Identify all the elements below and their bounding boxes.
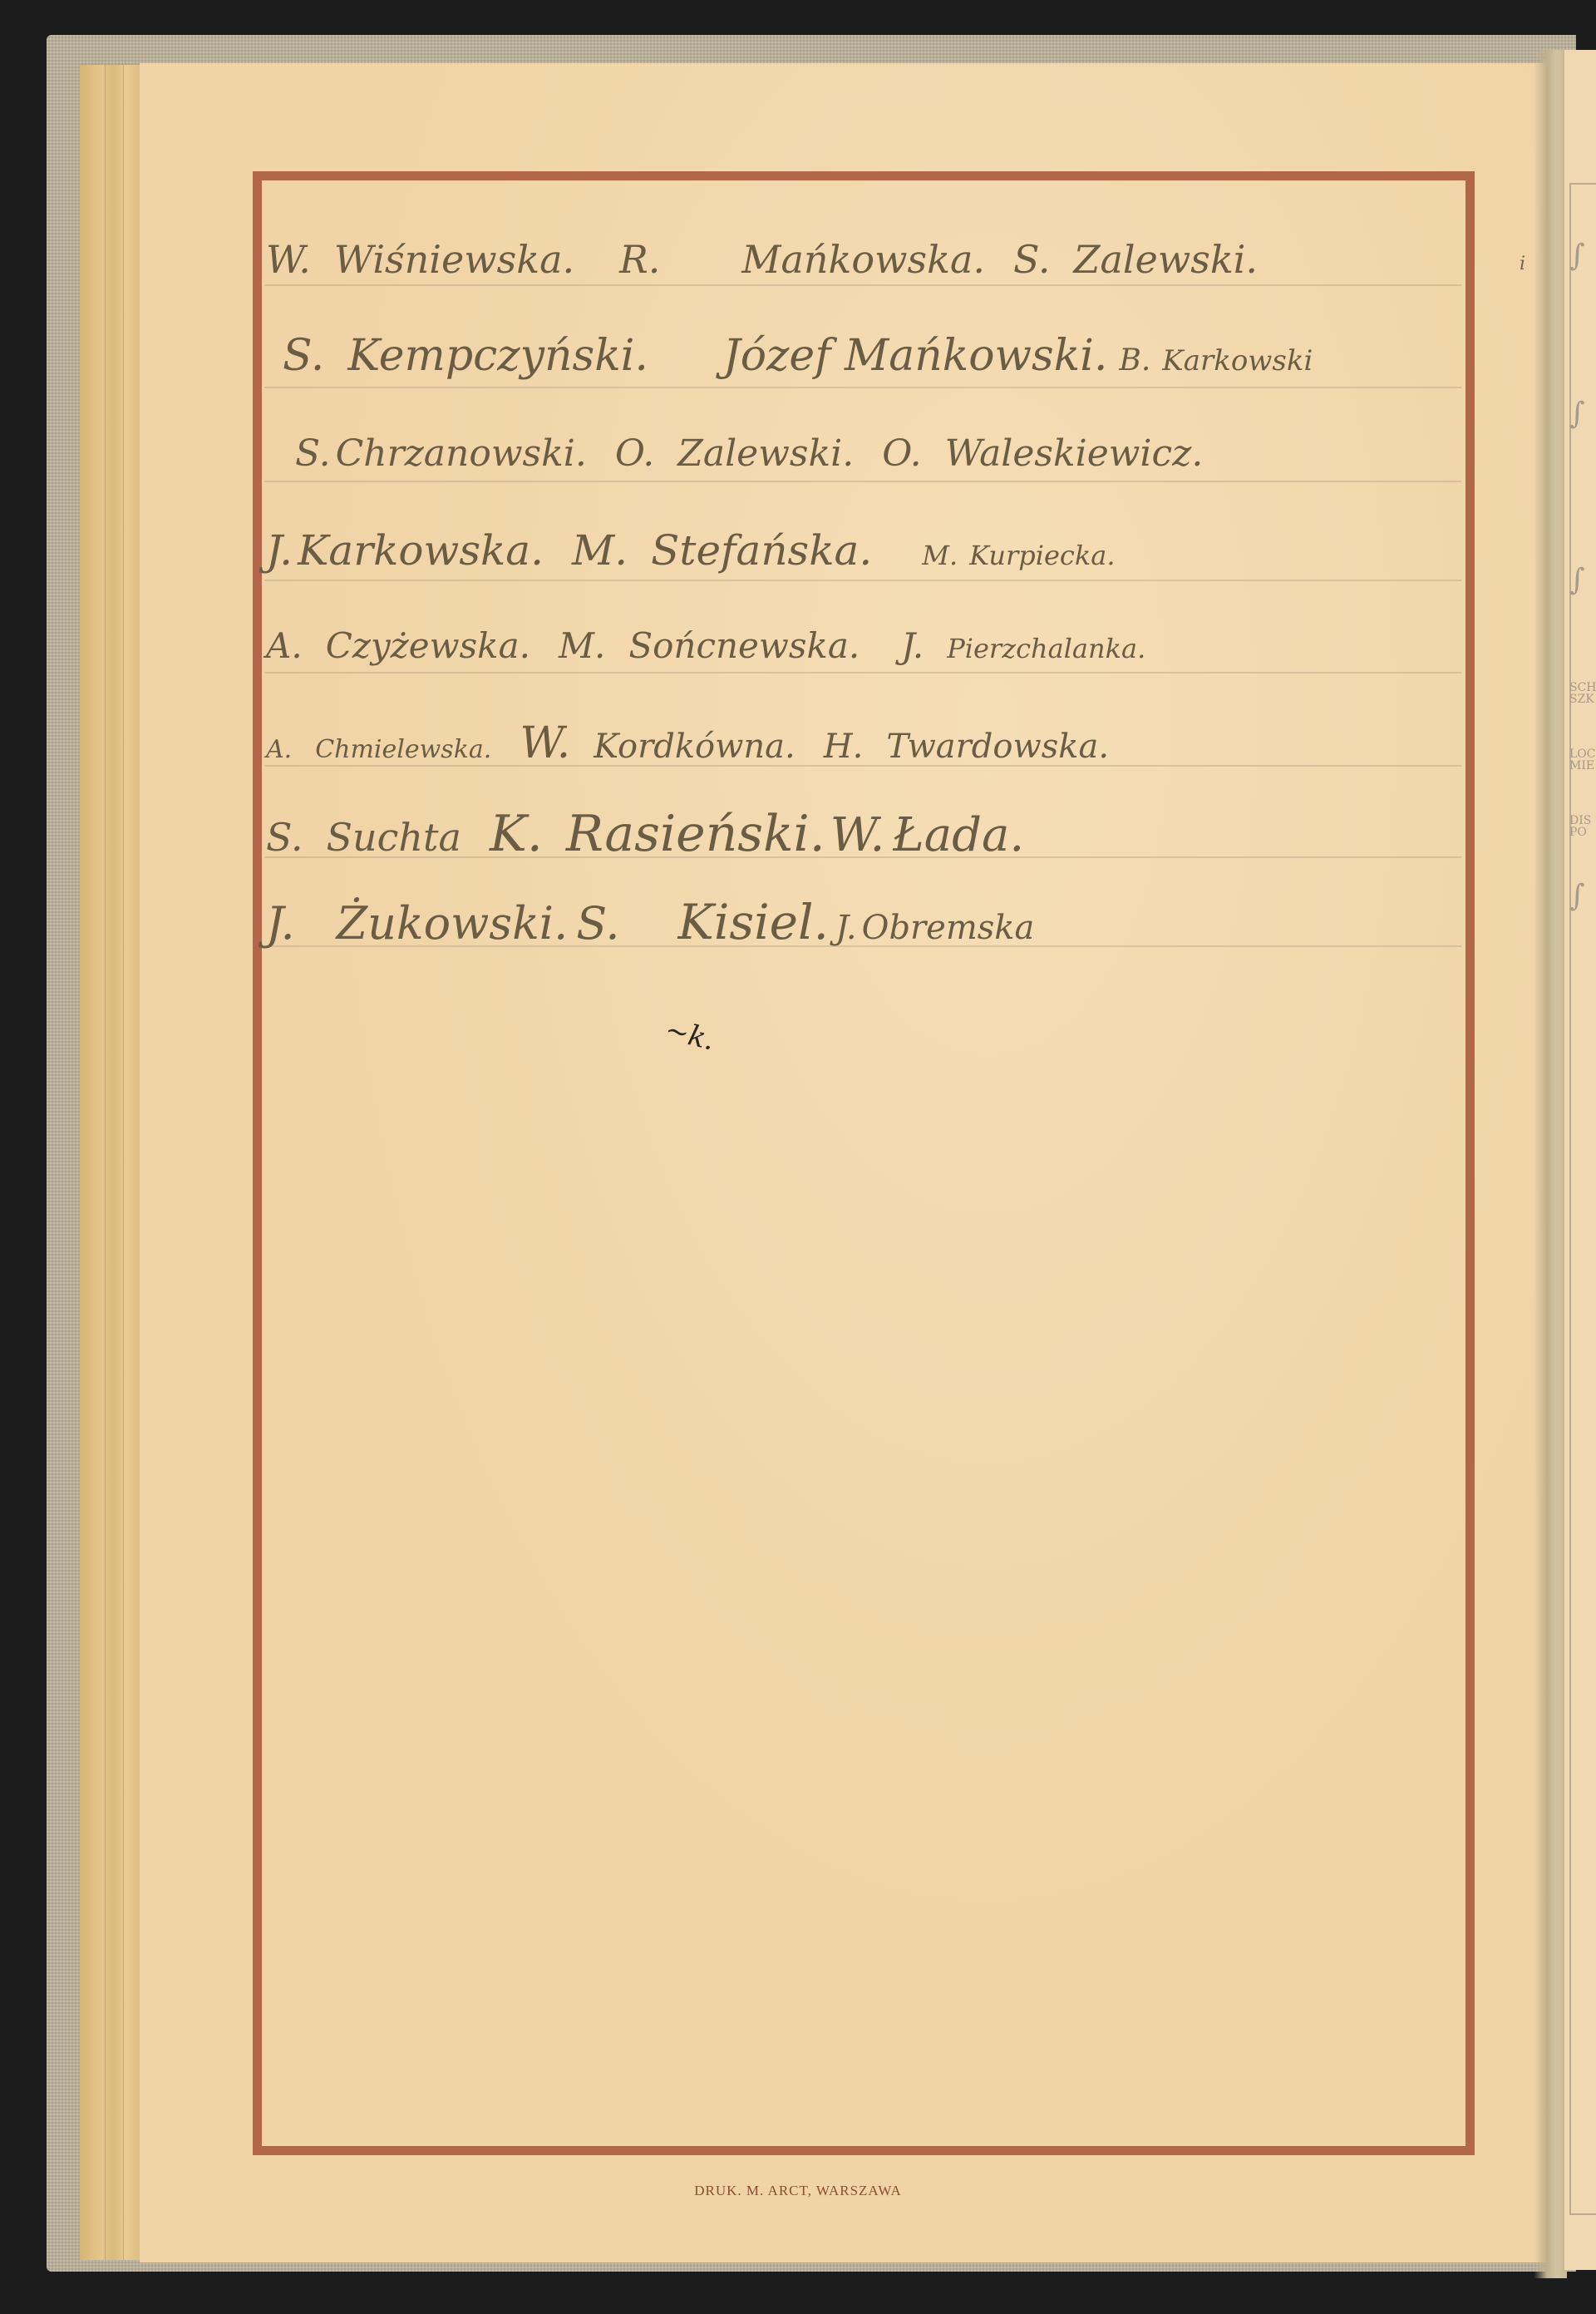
surname: Chmielewska. [315,735,491,764]
surname: Kurpiecka. [969,540,1115,571]
surname: Czyżewska. [326,625,530,666]
surname: Twardowska. [886,728,1109,766]
initial: J. [901,625,924,666]
surname: Suchta [327,815,461,860]
gutter-shadow [1534,50,1567,2278]
margin-mark: i [1520,254,1525,274]
surname: Kisiel. [677,894,829,950]
ruled-line [264,284,1461,286]
initial: J. [266,897,295,950]
initial: H. [824,728,864,766]
initial: R. [619,237,660,282]
surname: Karkowski [1162,344,1313,377]
initial: B. [1119,343,1150,377]
printer-imprint: DRUK. M. ARCT, WARSZAWA [0,2183,1596,2199]
initial: M. [559,625,605,666]
ruled-line [264,387,1461,388]
initial: W. [520,718,570,768]
initial: J. [835,909,857,947]
initial: O. [882,432,921,475]
initial: K. [490,805,543,863]
surname: Zalewski. [677,432,854,475]
surname: Łada. [893,808,1024,862]
ruled-line [264,672,1461,673]
initial: S. [576,897,619,950]
ornament-glyph: ∫ [1569,881,1596,911]
surname: Sońcnewska. [628,625,860,666]
ornament-glyph: ∫ [1569,241,1596,271]
facing-page-frame [1569,183,1596,2215]
surname: Rasieński. [566,805,825,863]
name-row: S. Chrzanowski. O. Zalewski. O. Waleskie… [295,432,1500,475]
initial: S. [1013,237,1051,282]
name-row: A. Chmielewska. W. Kordkówna. H. Twardow… [266,718,1471,768]
surname: Zalewski. [1074,237,1259,282]
facing-label: LOC MIE [1569,748,1596,772]
facing-page: ∫ ∫ ∫ SCH SZK LOC MIE DIS PO ∫ [1563,50,1596,2270]
surname: Stefańska. [651,526,872,575]
initial: S. [295,432,331,475]
surname: Żukowski. [337,897,569,950]
initial: S. [266,815,303,860]
initial: M. [922,540,958,571]
name-row: S. Suchta K. Rasieński. W. Łada. [266,805,1471,863]
ruled-line [264,481,1461,482]
name-row: A. Czyżewska. M. Sońcnewska. J. Pierzcha… [266,625,1471,666]
surname: Kordkówna. [594,728,796,766]
surname: Pierzchalanka. [947,633,1145,664]
surname: Karkowska. [298,526,544,575]
surname: Chrzanowski. [336,432,587,475]
initial: A. [266,625,303,666]
initial: S. [283,331,324,381]
surname: Józef Mańkowski. [723,331,1108,381]
surname: Waleskiewicz. [945,432,1204,475]
name-row: J. Żukowski. S. Kisiel. J. Obremska [266,894,1471,950]
initial: J. [266,526,293,575]
name-row: S. Kempczyński. Józef Mańkowski. B. Kark… [283,331,1488,381]
name-row: W. Wiśniewska. R. Mańkowska. S. Zalewski… [266,237,1471,282]
initial: M. [572,526,628,575]
ruled-line [264,580,1461,581]
initial: W. [830,808,885,862]
facing-label: DIS PO [1569,815,1596,838]
surname: Mańkowska. [741,237,985,282]
surname: Wiśniewska. [334,237,574,282]
ornament-glyph: ∫ [1569,565,1596,595]
surname: Obremska [862,909,1035,947]
page-edges [80,65,142,2260]
initial: O. [615,432,654,475]
initial: W. [266,237,311,282]
ornament-glyph: ∫ [1569,399,1596,429]
surname: Kempczyński. [347,331,648,381]
initial: A. [266,735,292,764]
name-row: J. Karkowska. M. Stefańska. M. Kurpiecka… [266,526,1471,575]
facing-label: SCH SZK [1569,682,1596,705]
